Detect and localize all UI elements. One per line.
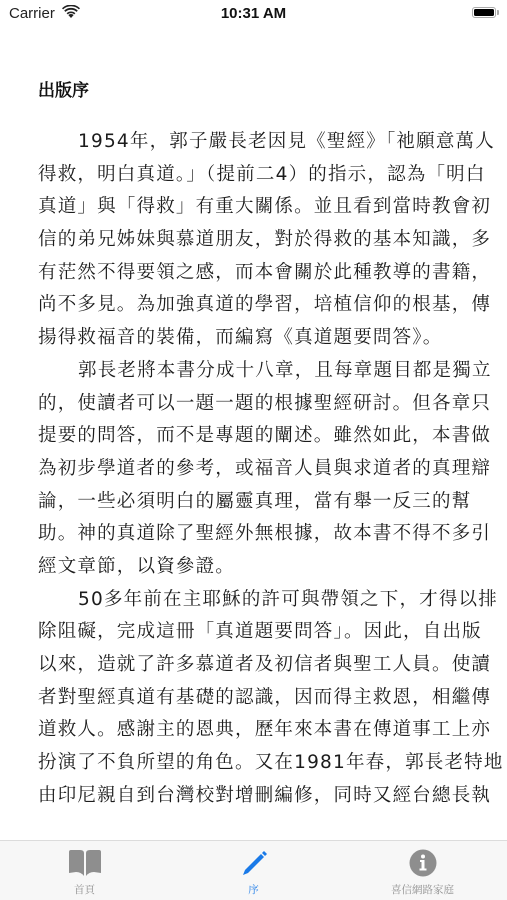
battery-tip — [497, 10, 499, 15]
text-line: 為初步學道者的參考，或福音人員與求道者的真理辯 — [38, 453, 478, 486]
preface-content: 出版序 1954年，郭子嚴長老因見《聖經》「祂願意萬人 得救，明白真道。」（提前… — [38, 76, 478, 812]
text-line: 除阻礙，完成這冊「真道題要問答」。因此，自出版 — [38, 616, 478, 649]
tab-label: 序 — [169, 882, 338, 897]
text-line: 尚不多見。為加強真道的學習，培植信仰的根基，傳 — [38, 289, 478, 322]
clock: 10:31 AM — [0, 5, 507, 22]
text-line: 信的弟兄姊妹與慕道朋友，對於得救的基本知識，多 — [38, 224, 478, 257]
text-line: 有茫然不得要領之感，而本會關於此種教導的書籍， — [38, 257, 478, 290]
pencil-icon — [237, 849, 271, 877]
text-line: 揚得救福音的裝備，而編寫《真道題要問答》。 — [38, 322, 478, 355]
text-line: 郭長老將本書分成十八章，且每章題目都是獨立 — [38, 355, 478, 388]
text-line: 得救，明白真道。」（提前二4）的指示，認為「明白 — [38, 159, 478, 192]
text-line: 經文章節，以資參證。 — [38, 551, 478, 584]
tab-home[interactable]: 首頁 — [0, 841, 169, 900]
paragraph-3: 50多年前在主耶穌的許可與帶領之下，才得以排 除阻礙，完成這冊「真道題要問答」。… — [38, 584, 478, 813]
tab-label: 首頁 — [0, 882, 169, 897]
text-line: 提要的問答，而不是專題的闡述。雖然如此，本書做 — [38, 420, 478, 453]
text-line: 道救人。感謝主的恩典，歷年來本書在傳道事工上亦 — [38, 714, 478, 747]
tab-bar: 首頁 序 喜信網路家庭 — [0, 840, 507, 900]
text-line: 由印尼親自到台灣校對增刪編修，同時又經台總長執 — [38, 780, 478, 813]
book-icon — [68, 849, 102, 877]
info-icon — [406, 849, 440, 877]
status-bar: Carrier 10:31 AM — [0, 0, 507, 28]
tab-label: 喜信網路家庭 — [338, 882, 507, 897]
page-title: 出版序 — [38, 76, 478, 106]
paragraph-2: 郭長老將本書分成十八章，且每章題目都是獨立 的，使讀者可以一題一題的根據聖經研討… — [38, 355, 478, 584]
text-line: 1954年，郭子嚴長老因見《聖經》「祂願意萬人 — [38, 126, 478, 159]
tab-preface[interactable]: 序 — [169, 841, 338, 900]
text-line: 50多年前在主耶穌的許可與帶領之下，才得以排 — [38, 584, 478, 617]
paragraph-1: 1954年，郭子嚴長老因見《聖經》「祂願意萬人 得救，明白真道。」（提前二4）的… — [38, 126, 478, 355]
preface-body: 1954年，郭子嚴長老因見《聖經》「祂願意萬人 得救，明白真道。」（提前二4）的… — [38, 126, 478, 812]
battery-full-icon — [472, 7, 496, 18]
text-line: 者對聖經真道有基礎的認識，因而得主救恩，相繼傳 — [38, 682, 478, 715]
text-line: 的，使讀者可以一題一題的根據聖經研討。但各章只 — [38, 388, 478, 421]
text-line: 扮演了不負所望的角色。又在1981年春，郭長老特地 — [38, 747, 478, 780]
text-line: 助。神的真道除了聖經外無根據，故本書不得不多引 — [38, 518, 478, 551]
text-line: 論，一些必須明白的屬靈真理，當有舉一反三的幫 — [38, 486, 478, 519]
text-line: 以來，造就了許多慕道者及初信者與聖工人員。使讀 — [38, 649, 478, 682]
tab-gospel-family[interactable]: 喜信網路家庭 — [338, 841, 507, 900]
text-line: 真道」與「得救」有重大關係。並且看到當時教會初 — [38, 191, 478, 224]
